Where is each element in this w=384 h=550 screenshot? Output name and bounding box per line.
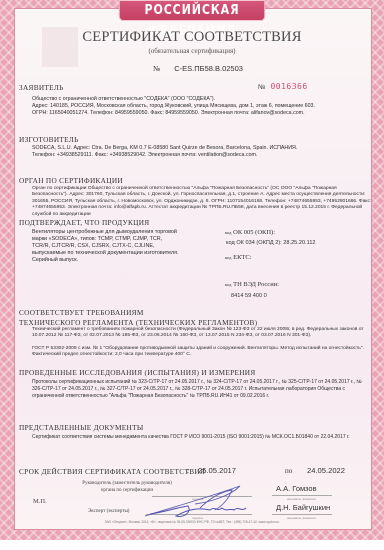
head-name: А.А. Гомзов [276, 484, 317, 493]
document-subtitle: (обязательная сертификация) [0, 47, 384, 55]
applicant-details: Общество с ограниченной ответственностью… [32, 96, 370, 116]
ektc-code-label: ЕКТС: [233, 254, 251, 261]
okp-code-label: ОК 005 (ОКП): [233, 229, 275, 236]
documents-details: Сертификат соответствия системы менеджме… [32, 434, 372, 441]
certificate-number-value: C-ES.ПБ58.В.02503 [174, 64, 243, 73]
head-name-line [272, 495, 332, 496]
tnved-code-prefix: код [225, 282, 232, 287]
country-banner: РОССИЙСКАЯ ФЕДЕРАЦИЯ [119, 0, 265, 21]
certification-body-heading: ОРГАН ПО СЕРТИФИКАЦИИ [19, 176, 123, 185]
tests-heading: ПРОВЕДЕННЫЕ ИССЛЕДОВАНИЯ (ИСПЫТАНИЯ) И И… [19, 368, 256, 377]
okpd2-code-label: код ОК 034 (ОКПД 2): [226, 240, 282, 246]
compliance-heading-2: ТЕХНИЧЕСКОГО РЕГЛАМЕНТА (ТЕХНИЧЕСКИХ РЕГ… [19, 318, 257, 327]
okpd2-code-value: 28.25.20.112 [283, 240, 315, 246]
validity-to-date: 24.05.2022 [307, 466, 345, 475]
product-line: Серийный выпуск. [32, 257, 202, 264]
expert-name-line [272, 514, 332, 515]
compliance-regulation: Технический регламент о требованиях пожа… [32, 327, 372, 340]
compliance-standard: ГОСТ Р 53302-2009 с изм. № 1 "Оборудован… [32, 346, 372, 359]
product-line: Вентиляторы центробежные для дымоудалени… [32, 229, 202, 236]
validity-from-date: 25.05.2017 [198, 466, 236, 475]
printer-footer: ЗАО «Опцион», Москва, 2014, «Б», лицензи… [0, 520, 384, 524]
handwritten-signature-icon [140, 478, 270, 520]
expert-signature-label: Эксперт (эксперты) [88, 509, 129, 514]
blank-number-value: 0016366 [270, 82, 307, 91]
product-line: TCR/R, CJTCR/R, CSX, CJSRX, CJTX-C, CJLI… [32, 243, 202, 250]
applicant-heading: ЗАЯВИТЕЛЬ [19, 83, 64, 92]
stamp-placeholder: М.П. [33, 498, 47, 505]
applicant-address: Адрес: 140185, РОССИЯ, Московская област… [32, 103, 370, 110]
validity-label: СРОК ДЕЙСТВИЯ СЕРТИФИКАТА СООТВЕТСТВИЯ [19, 467, 205, 476]
documents-heading: ПРЕДСТАВЛЕННЫЕ ДОКУМЕНТЫ [19, 423, 144, 432]
product-line: марки «SODECA», типов: TCMP, CTMP, CJMP,… [32, 236, 202, 243]
product-line: выпускаемые по технической документации … [32, 250, 202, 257]
ektc-code: код ЕКТС: [225, 254, 252, 261]
blank-number: № 0016366 [258, 82, 308, 91]
tnved-code: код ТН ВЭД России: [225, 281, 279, 288]
compliance-heading-1: СООТВЕТСТВУЕТ ТРЕБОВАНИЯМ [19, 308, 144, 317]
okp-code: код ОК 005 (ОКП): [225, 229, 275, 236]
ektc-code-prefix: код [225, 255, 232, 260]
tnved-code-value: 8414 59 400 0 [231, 293, 267, 299]
manufacturer-heading: ИЗГОТОВИТЕЛЬ [19, 135, 79, 144]
manufacturer-details: SODECA, S.L.U. Адрес: Ctra. De Berga, KM… [32, 145, 370, 159]
manufacturer-contacts: Телефон: +34938529111. Факс: +3493852904… [32, 152, 370, 159]
validity-to-label: по [285, 467, 292, 475]
product-heading: ПОДТВЕРЖДАЕТ, ЧТО ПРОДУКЦИЯ [19, 218, 149, 227]
okpd2-code: код ОК 034 (ОКПД 2): 28.25.20.112 [226, 240, 316, 246]
okp-code-prefix: код [225, 230, 232, 235]
product-description: Вентиляторы центробежные для дымоудалени… [32, 229, 202, 264]
certificate-number-label: № [153, 64, 160, 73]
tests-details: Протоколы сертификационных испытаний № 3… [32, 379, 372, 400]
expert-name: Д.Н. Байгушкин [276, 503, 330, 512]
certificate-number: № C-ES.ПБ58.В.02503 [153, 64, 243, 73]
certificate-body [14, 8, 372, 530]
manufacturer-address: SODECA, S.L.U. Адрес: Ctra. De Berga, KM… [32, 145, 370, 152]
head-name-caption: инициалы, фамилия [287, 497, 316, 501]
applicant-contacts: ОГРН: 1165040051274. Телефон: 8495955905… [32, 110, 370, 117]
validity-from-label: с [186, 467, 189, 475]
certification-body-details: Орган по сертификации Общество с огранич… [32, 186, 372, 218]
tnved-code-label: ТН ВЭД России: [233, 281, 279, 288]
blank-number-label: № [258, 84, 266, 91]
document-title: СЕРТИФИКАТ СООТВЕТСТВИЯ [0, 29, 384, 46]
applicant-name: Общество с ограниченной ответственностью… [32, 96, 370, 103]
